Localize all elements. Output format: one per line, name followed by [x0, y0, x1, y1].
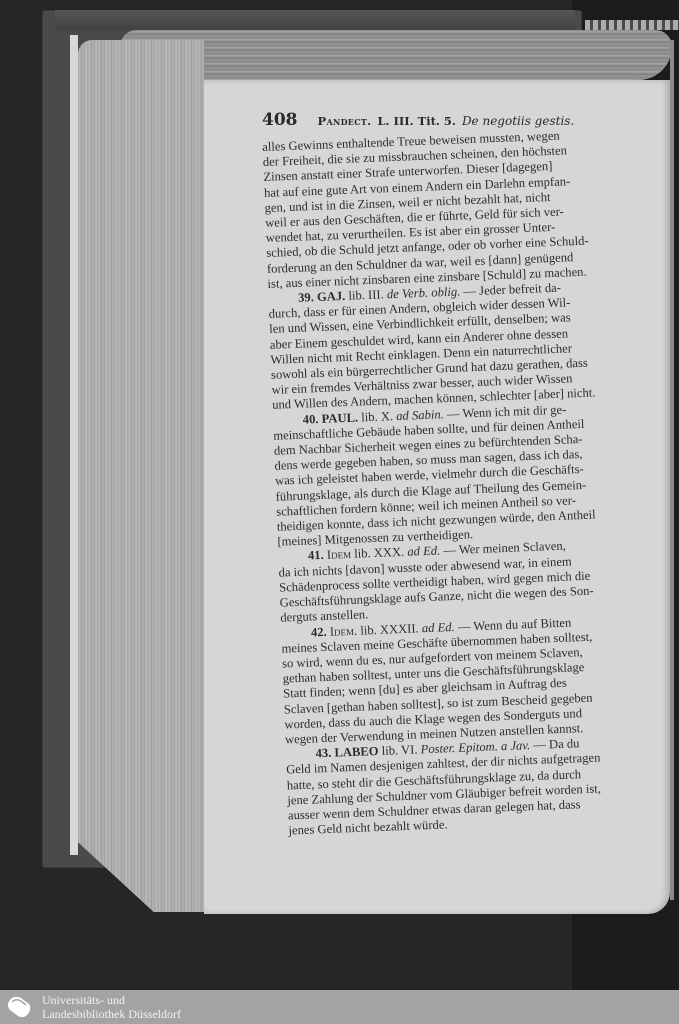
section-number: 40. PAUL. [302, 410, 361, 426]
scanned-book-image: 408 Pandect. L. III. Tit. 5. De negotiis… [0, 0, 679, 990]
section-text: — Da du [533, 736, 580, 752]
footer-bar: Universitäts- und Landesbibliothek Düsse… [0, 990, 679, 1024]
institution-line-2: Landesbibliothek Düsseldorf [42, 1007, 181, 1021]
section-reference: lib. XXX. [354, 545, 408, 561]
page-block-left [78, 40, 204, 912]
section-number: 42. [311, 624, 330, 639]
book-page: 408 Pandect. L. III. Tit. 5. De negotiis… [204, 80, 670, 914]
section-author: Idem. [330, 623, 361, 638]
section-source: ad Ed. [422, 619, 459, 634]
page-body-text: alles Gewinns enthaltende Treue beweisen… [262, 125, 679, 839]
running-head-subtitle: De negotiis gestis. [462, 114, 574, 128]
section-reference: lib. VI. [381, 742, 420, 757]
page-number: 408 [262, 110, 298, 130]
section-number: 41. [308, 548, 327, 563]
ulb-logo-icon [4, 992, 34, 1022]
endpaper [70, 35, 78, 855]
section-source: de Verb. oblig. [387, 284, 464, 301]
institution-name: Universitäts- und Landesbibliothek Düsse… [42, 993, 181, 1021]
page-content: 408 Pandect. L. III. Tit. 5. De negotiis… [262, 110, 654, 839]
page-edge-marks [585, 20, 679, 30]
section-reference: lib. X. [361, 409, 396, 424]
section-source: ad Ed. [407, 544, 444, 559]
book-cover-top [55, 10, 575, 30]
section-number: 39. GAJ. [298, 289, 349, 305]
section-author: Idem [327, 547, 355, 562]
section-source: ad Sabin. [396, 407, 447, 423]
institution-line-1: Universitäts- und [42, 993, 181, 1007]
section-reference: lib. XXXII. [360, 621, 422, 637]
section-number: 43. LABEO [315, 744, 382, 761]
running-head-title: Pandect. [318, 114, 372, 128]
running-head-book: L. III. Tit. 5. [377, 114, 456, 128]
section-reference: lib. III. [348, 287, 387, 302]
